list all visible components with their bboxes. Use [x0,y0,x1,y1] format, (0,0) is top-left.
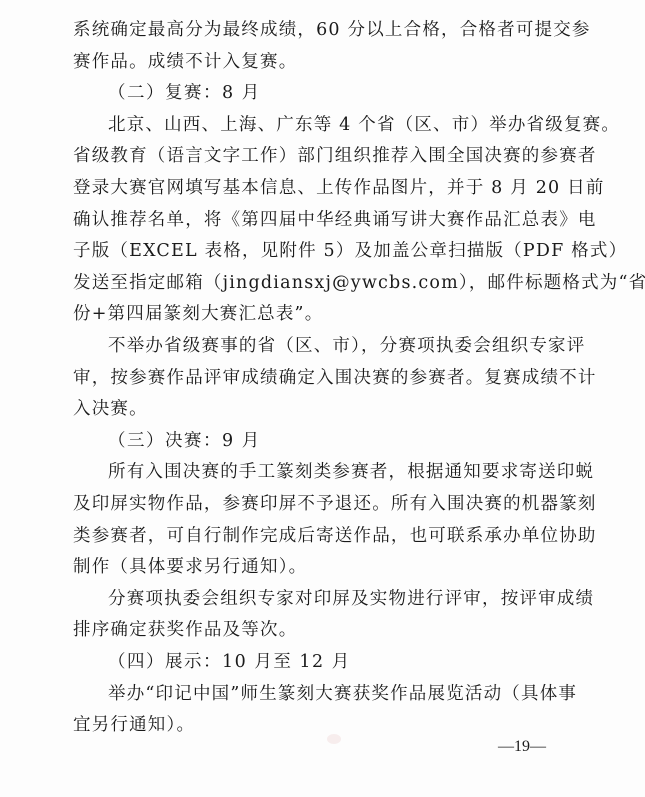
body-line: 份+第四届篆刻大赛汇总表”。 [73,299,568,331]
body-line: 入决赛。 [73,394,568,426]
section-heading-semifinal: （二）复赛：8 月 [108,78,261,110]
body-line: 确认推荐名单，将《第四届中华经典诵写讲大赛作品汇总表》电 [73,205,568,237]
section-heading-final: （三）决赛：9 月 [108,426,261,458]
body-line: 审，按参赛作品评审成绩确定入围决赛的参赛者。复赛成绩不计 [73,363,568,395]
paragraph-start-line: 北京、山西、上海、广东等 4 个省（区、市）举办省级复赛。 [108,110,568,142]
body-line: 省级教育（语言文字工作）部门组织推荐入围全国决赛的参赛者 [73,141,568,173]
body-line: 及印屏实物作品，参赛印屏不予退还。所有入围决赛的机器篆刻 [73,489,568,521]
body-line: 赛作品。成绩不计入复赛。 [73,47,568,79]
paragraph-start-line: 举办“印记中国”师生篆刻大赛获奖作品展览活动（具体事 [108,679,568,711]
body-line: 类参赛者，可自行制作完成后寄送作品，也可联系承办单位协助 [73,521,568,553]
body-line: 系统确定最高分为最终成绩，60 分以上合格，合格者可提交参 [73,15,568,47]
body-line: 宜另行通知）。 [73,710,568,742]
body-line: 登录大赛官网填写基本信息、上传作品图片，并于 8 月 20 日前 [73,173,568,205]
body-line: 排序确定获奖作品及等次。 [73,615,568,647]
paragraph-start-line: 分赛项执委会组织专家对印屏及实物进行评审，按评审成绩 [108,584,568,616]
scan-smudge [327,734,341,744]
page-number: —19— [498,734,546,760]
paragraph-start-line: 不举办省级赛事的省（区、市），分赛项执委会组织专家评 [108,331,568,363]
document-page: 系统确定最高分为最终成绩，60 分以上合格，合格者可提交参 赛作品。成绩不计入复… [0,0,645,797]
body-line-email: 发送至指定邮箱（jingdiansxj@ywcbs.com），邮件标题格式为“省 [73,268,568,300]
paragraph-start-line: 所有入围决赛的手工篆刻类参赛者，根据通知要求寄送印蜕 [108,457,568,489]
section-heading-exhibition: （四）展示：10 月至 12 月 [108,647,351,679]
body-line: 子版（EXCEL 表格，见附件 5）及加盖公章扫描版（PDF 格式） [73,236,568,268]
body-line: 制作（具体要求另行通知）。 [73,552,568,584]
